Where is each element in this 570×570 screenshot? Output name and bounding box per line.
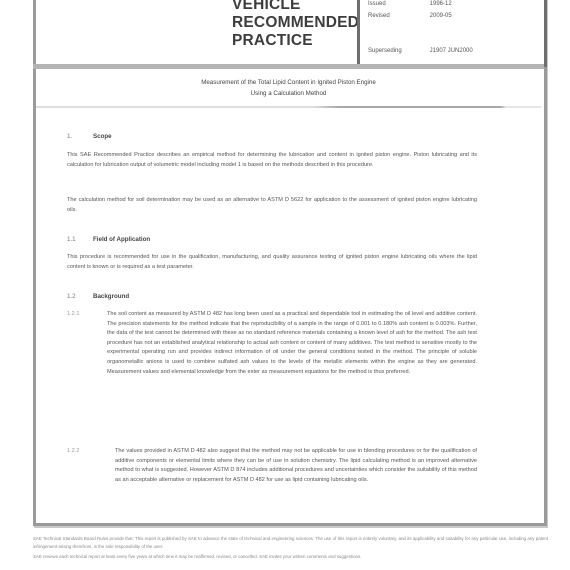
scope-paragraph-2: The calculation method for soil determin… [67,196,477,215]
heading-line-1: VEHICLE [232,0,359,14]
section-number: 1.1 [67,236,93,243]
section-heading-background: 1.2Background [67,293,129,300]
header-divider [33,64,544,69]
item-text: The values provided in ASTM D 482 also s… [115,447,477,485]
info-superseding: Superseding J1907 JUN2000 [368,48,473,54]
footer-paragraph-2: SAE reviews each technical report at lea… [33,553,548,561]
footer-notice: SAE Technical Standards Board Rules prov… [33,535,548,564]
document-title-line-1: Measurement of the Total Lipid Content i… [36,77,541,88]
section-number: 1. [67,133,93,140]
field-paragraph: This procedure is recommended for use in… [67,253,477,272]
info-label: Issued [368,1,428,7]
info-label: Revised [368,13,428,19]
background-item-2: 1.2.2 The values provided in ASTM D 482 … [67,447,477,485]
item-number: 1.2.2 [67,447,79,457]
info-value: 2009-05 [430,13,452,19]
title-divider [36,106,541,108]
section-heading-field: 1.1Field of Application [67,236,150,243]
issue-info-box: Issued 1996-12 Revised 2009-05 Supersedi… [357,0,547,67]
document-title: Measurement of the Total Lipid Content i… [36,77,541,99]
item-text: The soil content as measured by ASTM D 4… [107,310,477,377]
info-value: 1996-12 [430,1,452,7]
info-issued: Issued 1996-12 [368,1,452,7]
document-type-heading: VEHICLE RECOMMENDED PRACTICE [232,0,359,50]
background-item-1: 1.2.1 The soil content as measured by AS… [67,310,477,377]
heading-line-3: PRACTICE [232,32,359,50]
footer-paragraph-1: SAE Technical Standards Board Rules prov… [33,535,548,550]
info-value: J1907 JUN2000 [430,48,473,54]
section-number: 1.2 [67,293,93,300]
info-revised: Revised 2009-05 [368,13,452,19]
document-title-line-2: Using a Calculation Method [36,88,541,99]
item-number: 1.2.1 [67,310,79,320]
section-heading-scope: 1.Scope [67,133,112,140]
heading-line-2: RECOMMENDED [232,14,359,32]
info-label: Superseding [368,48,428,54]
section-title: Scope [93,133,112,140]
section-title: Background [93,293,129,300]
scope-paragraph-1: This SAE Recommended Practice describes … [67,151,477,170]
section-title: Field of Application [93,236,150,243]
